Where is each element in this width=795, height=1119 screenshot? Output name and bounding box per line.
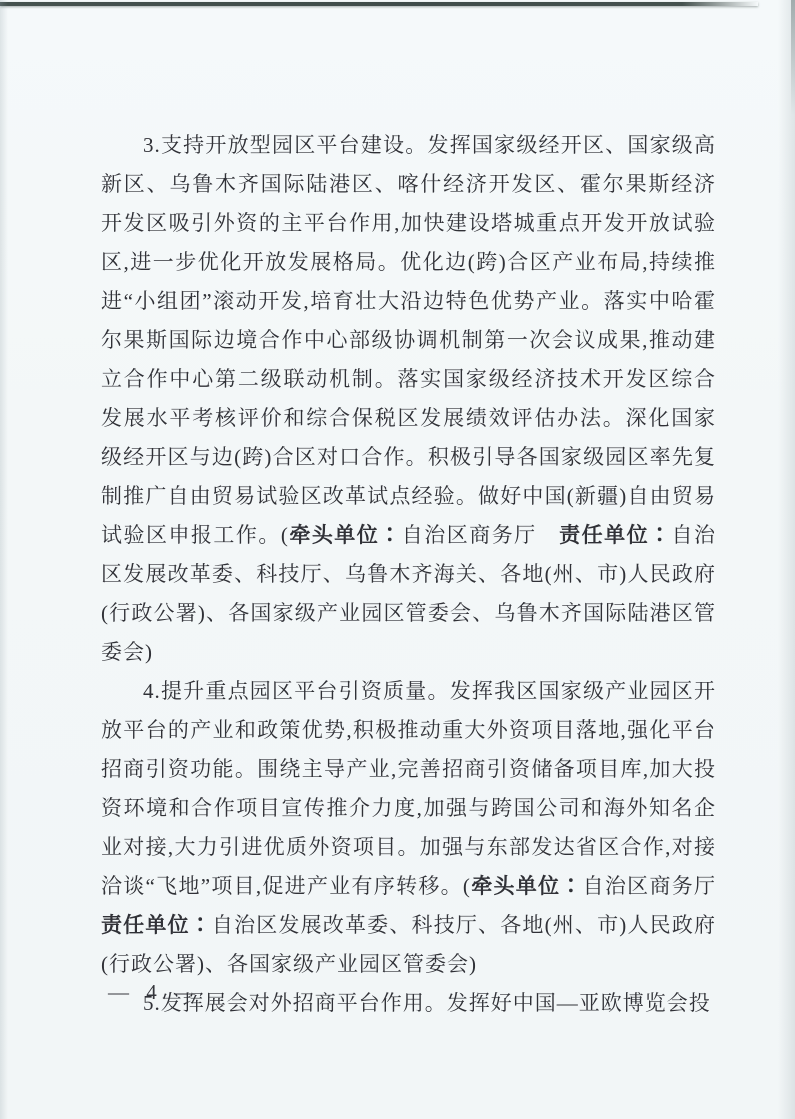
page-number: — 4 — xyxy=(108,980,197,1004)
scanned-document-page: 3.支持开放型园区平台建设。发挥国家级经开区、国家级高新区、乌鲁木齐国际陆港区、… xyxy=(0,0,795,1119)
scan-left-edge-shade xyxy=(0,0,8,1119)
emphasis-segment: 责任单位∶ xyxy=(101,913,212,937)
scan-right-edge-shade xyxy=(778,0,795,1119)
emphasis-segment: 牵头单位∶ xyxy=(471,874,582,898)
paragraph: 4.提升重点园区平台引资质量。发挥我区国家级产业园区开放平台的产业和政策优势,积… xyxy=(101,672,716,984)
text-segment: 4.提升重点园区平台引资质量。发挥我区国家级产业园区开放平台的产业和政策优势,积… xyxy=(101,679,716,898)
scan-top-edge-line xyxy=(0,2,758,6)
text-segment: 自治区商务厅 xyxy=(401,523,559,547)
document-body: 3.支持开放型园区平台建设。发挥国家级经开区、国家级高新区、乌鲁木齐国际陆港区、… xyxy=(101,126,716,1023)
paragraph: 3.支持开放型园区平台建设。发挥国家级经开区、国家级高新区、乌鲁木齐国际陆港区、… xyxy=(101,126,716,672)
text-segment: 5.发挥展会对外招商平台作用。发挥好中国—亚欧博览会投 xyxy=(143,991,711,1015)
text-segment: 自治区商务厅 xyxy=(582,874,716,898)
page-footer: — 4 — xyxy=(108,980,197,1004)
emphasis-segment: 责任单位∶ xyxy=(559,523,671,547)
text-segment: 3.支持开放型园区平台建设。发挥国家级经开区、国家级高新区、乌鲁木齐国际陆港区、… xyxy=(101,133,716,547)
emphasis-segment: 牵头单位∶ xyxy=(289,523,401,547)
